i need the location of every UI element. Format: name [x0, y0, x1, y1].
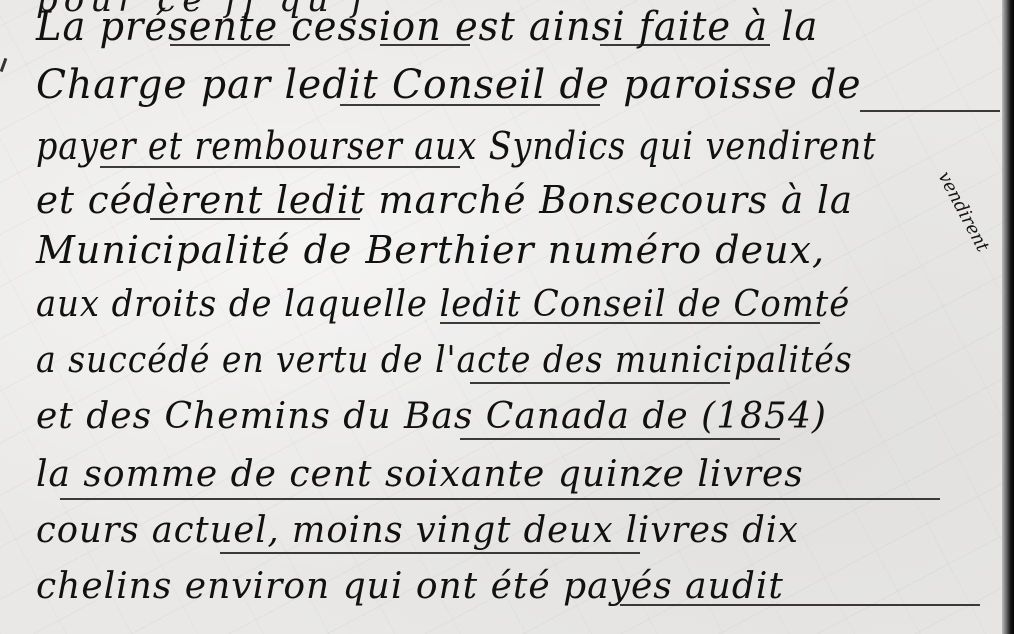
- line-fill-stroke: [440, 322, 820, 324]
- line-fill-stroke: [100, 166, 460, 168]
- line-fill-stroke: [860, 110, 1000, 112]
- line-fill-stroke: [620, 604, 980, 606]
- margin-annotation: vendirent: [933, 168, 993, 255]
- manuscript-line-6: aux droits de laquelle ledit Conseil de …: [36, 284, 850, 325]
- manuscript-page: pour ce ff qu f La présente cession est …: [0, 0, 1014, 634]
- line-fill-stroke: [220, 552, 640, 554]
- scan-edge-shadow: [1002, 0, 1014, 634]
- manuscript-line-10: cours actuel, moins vingt deux livres di…: [36, 510, 799, 551]
- manuscript-line-8: et des Chemins du Bas Canada de (1854): [36, 396, 827, 437]
- manuscript-line-9: la somme de cent soixante quinze livres: [36, 454, 804, 495]
- manuscript-line-3: payer et rembourser aux Syndics qui vend…: [36, 124, 876, 168]
- manuscript-line-7: a succédé en vertu de l'acte des municip…: [36, 340, 853, 381]
- line-fill-stroke: [60, 498, 940, 500]
- line-fill-stroke: [380, 44, 470, 46]
- margin-mark: [0, 58, 7, 72]
- line-fill-stroke: [460, 438, 780, 440]
- line-fill-stroke: [600, 44, 770, 46]
- line-fill-stroke: [470, 382, 730, 384]
- manuscript-line-4: et cédèrent ledit marché Bonsecours à la: [36, 178, 853, 222]
- manuscript-line-5: Municipalité de Berthier numéro deux,: [36, 228, 825, 272]
- line-fill-stroke: [340, 104, 600, 106]
- manuscript-line-11: chelins environ qui ont été payés audit: [36, 566, 784, 607]
- line-fill-stroke: [150, 218, 360, 220]
- line-fill-stroke: [170, 44, 290, 46]
- manuscript-line-2: Charge par ledit Conseil de paroisse de: [36, 62, 862, 108]
